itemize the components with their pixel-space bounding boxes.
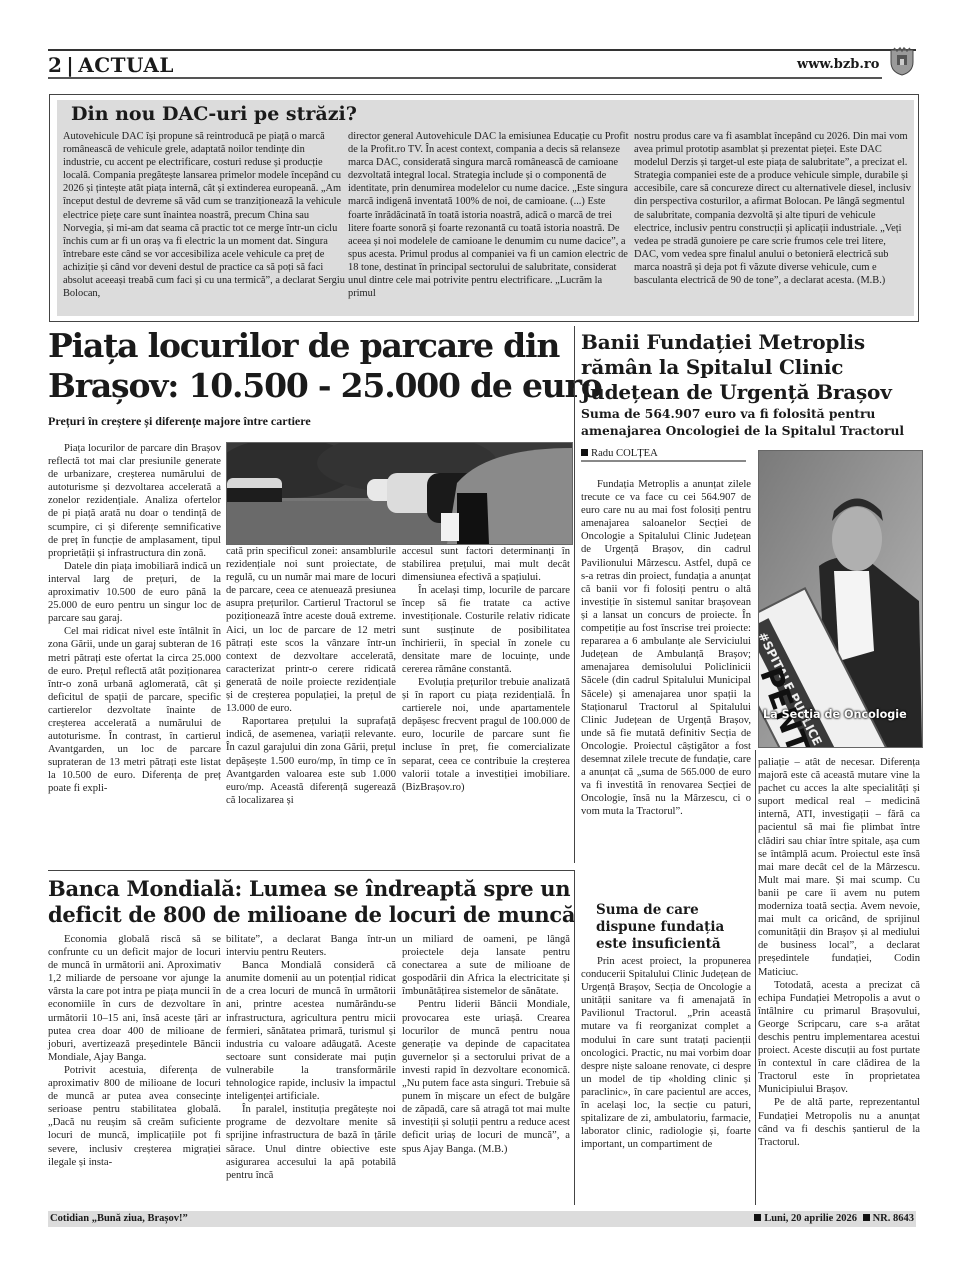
parked-cars-photo — [226, 442, 573, 545]
city-crest-icon — [888, 46, 916, 76]
section-name: ACTUAL — [78, 53, 174, 77]
issue-info: Luni, 20 aprilie 2026 NR. 8643 — [754, 1211, 914, 1227]
dac-column-3: nostru produs care va fi asamblat începâ… — [634, 130, 912, 287]
column-divider — [574, 870, 575, 1205]
square-bullet-icon — [754, 1214, 761, 1221]
page-section-header: 2|ACTUAL — [48, 53, 174, 77]
metropolis-column-1b: Prin acest proiect, la propunerea conduc… — [581, 955, 751, 1151]
metropolis-subheading: Suma de care dispune fundația este insuf… — [596, 902, 746, 953]
banca-article-title: Banca Mondială: Lumea se îndreaptă spre … — [48, 876, 575, 928]
column-divider — [755, 750, 756, 1205]
metropolis-column-1: Fundația Metroplis a anunțat zilele trec… — [581, 478, 751, 818]
author-byline: Radu COLȚEA — [581, 448, 658, 459]
parking-column-3: accesul sunt factori determinanți în sta… — [402, 545, 570, 794]
byline-rule — [581, 460, 746, 462]
issue-number: NR. 8643 — [873, 1213, 914, 1224]
parking-column-1: Piața locurilor de parcare din Brașov re… — [48, 442, 221, 796]
issue-date: Luni, 20 aprilie 2026 — [764, 1213, 857, 1224]
square-bullet-icon — [581, 449, 588, 456]
page-footer: Cotidian „Bună ziua, Brașov!” Luni, 20 a… — [48, 1211, 916, 1227]
dac-title: Din nou DAC-uri pe străzi? — [71, 103, 357, 125]
dac-column-2: director general Autovehicule DAC la emi… — [348, 130, 631, 300]
column-divider — [574, 326, 575, 863]
header-bottom-rule — [48, 77, 882, 79]
header-top-rule — [48, 49, 916, 51]
photo-caption: La Secția de Oncologie — [763, 708, 907, 721]
dac-feature-box: Din nou DAC-uri pe străzi? Autovehicule … — [49, 94, 919, 322]
metropolis-article-subtitle: Suma de 564.907 euro va fi folosită pent… — [581, 405, 916, 439]
square-bullet-icon — [863, 1214, 870, 1221]
page-number: 2 — [48, 53, 62, 77]
banca-column-2: bilitate”, a declarat Banga într-un inte… — [226, 933, 396, 1182]
metropolis-article-title: Banii Fundației Metroplis rămân la Spita… — [581, 330, 892, 405]
parking-column-2: cată prin specificul zonei: ansamblurile… — [226, 545, 396, 807]
parking-article-title: Piața locurilor de parcare din Brașov: 1… — [48, 326, 602, 406]
parking-article-subtitle: Prețuri în creștere și diferențe majore … — [48, 414, 311, 429]
site-url[interactable]: www.bzb.ro — [797, 57, 879, 72]
portrait-photo: #SPITALE PUBLICE DIN BANI PRIVAȚI PENT L… — [758, 450, 923, 748]
banca-column-1: Economia globală riscă să se confrunte c… — [48, 933, 221, 1169]
article-divider — [48, 870, 574, 871]
banca-column-3: un miliard de oameni, pe lângă proiectel… — [402, 933, 570, 1156]
dac-column-1: Autovehicule DAC își propune să reintrod… — [63, 130, 346, 300]
publication-name: Cotidian „Bună ziua, Brașov!” — [50, 1211, 188, 1227]
metropolis-column-2: paliație – atât de necesar. Diferența ma… — [758, 756, 920, 1149]
